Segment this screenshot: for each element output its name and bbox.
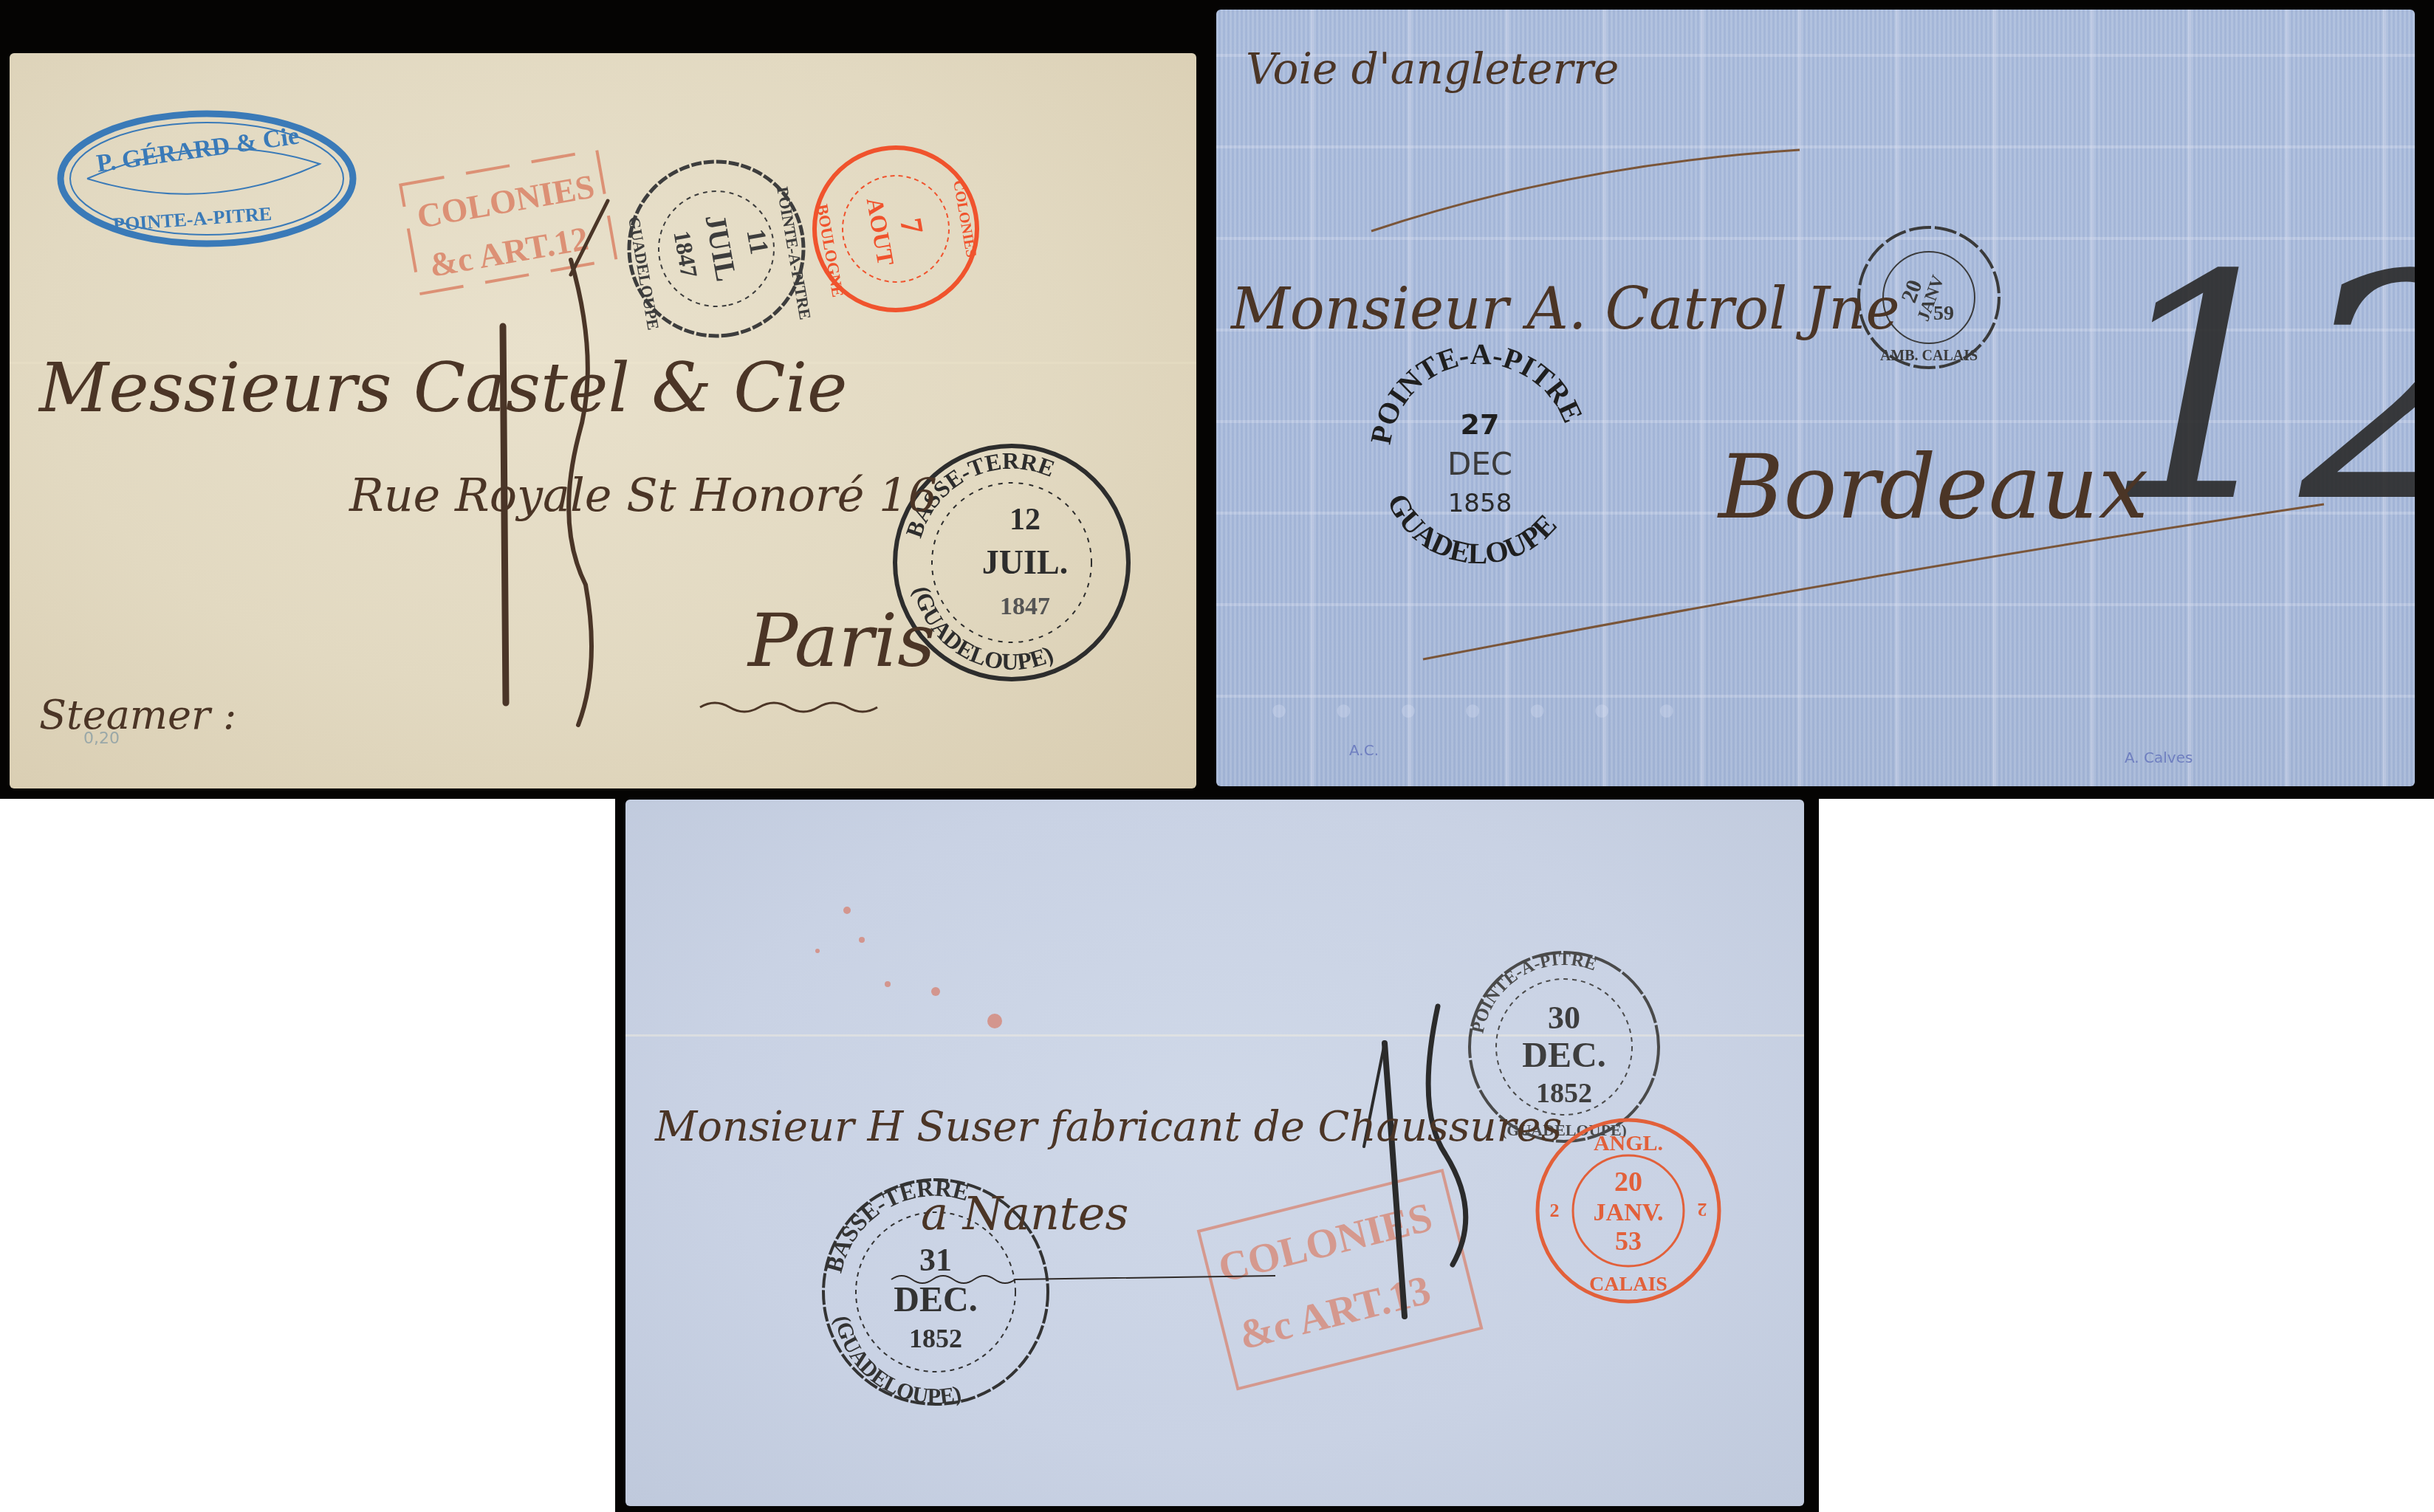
foxing-spots bbox=[815, 907, 1002, 1028]
pencil-note: 0,20 bbox=[83, 729, 120, 748]
paper-watermark: · · · · · · · bbox=[1261, 650, 1685, 772]
tax-mark-15 bbox=[503, 201, 608, 725]
svg-text:JUIL.: JUIL. bbox=[982, 543, 1068, 581]
svg-text:1847: 1847 bbox=[1000, 593, 1050, 620]
svg-text:AOUT: AOUT bbox=[862, 196, 900, 267]
colonies-boxed-mark: COLONIES &c ART.12 bbox=[400, 151, 616, 295]
svg-text:· · · · · · ·: · · · · · · · bbox=[1261, 650, 1685, 772]
cover-1847-markings: P. GÉRARD & Cie POINTE-A-PITRE COLONIES … bbox=[10, 53, 1196, 788]
svg-text:11: 11 bbox=[741, 227, 774, 256]
company-cachet-line2: POINTE-A-PITRE bbox=[112, 203, 272, 236]
colonies-boxed-mark: COLONIES &c ART.13 bbox=[1199, 1170, 1481, 1389]
svg-text:DEC.: DEC. bbox=[1522, 1036, 1605, 1075]
pencil-note: A. Calves bbox=[2125, 749, 2193, 766]
svg-text:7: 7 bbox=[893, 216, 929, 237]
svg-text:POINTE-A-PITRE: POINTE-A-PITRE bbox=[773, 185, 815, 321]
address-line1: Monsieur H Suser fabricant de Chaussures bbox=[654, 1103, 1562, 1151]
svg-text:59: 59 bbox=[1933, 302, 1954, 325]
underline-flourish bbox=[700, 703, 877, 712]
address-line3: Paris bbox=[747, 597, 936, 684]
address-line2: Rue Royale St Honoré 16 bbox=[349, 468, 937, 522]
address-line2: Bordeaux bbox=[1717, 436, 2148, 539]
svg-text:27: 27 bbox=[1461, 408, 1500, 441]
cover-1858-markings: · · · · · · · Voie d'angleterre 12 20 JA… bbox=[1216, 10, 2415, 786]
svg-text:2: 2 bbox=[1698, 1199, 1707, 1220]
svg-text:JUIL: JUIL bbox=[699, 212, 743, 284]
svg-text:AMB. CALAIS: AMB. CALAIS bbox=[1880, 348, 1978, 364]
cover-1858: · · · · · · · Voie d'angleterre 12 20 JA… bbox=[1216, 10, 2415, 786]
svg-text:1852: 1852 bbox=[909, 1324, 962, 1353]
svg-text:2: 2 bbox=[1550, 1200, 1560, 1221]
svg-text:1858: 1858 bbox=[1448, 489, 1512, 518]
cover-1852-markings: COLONIES &c ART.13 POINTE-A-PITRE 30 DEC… bbox=[625, 800, 1804, 1506]
address-line1: Monsieur A. Catrol Jne bbox=[1230, 276, 1900, 343]
svg-text:DEC.: DEC. bbox=[894, 1280, 977, 1319]
company-cachet-line1: P. GÉRARD & Cie bbox=[95, 123, 301, 178]
svg-text:ANGL.: ANGL. bbox=[1594, 1131, 1663, 1155]
svg-text:30: 30 bbox=[1548, 1000, 1580, 1036]
routing-underline bbox=[1371, 150, 1800, 231]
svg-text:CALAIS: CALAIS bbox=[1589, 1273, 1667, 1296]
address-line1: Messieurs Castel & Cie bbox=[38, 348, 848, 427]
cds-pointe-a-pitre-1858: POINTE-A-PITRE GUADELOUPE 27 DEC 1858 bbox=[1364, 337, 1590, 570]
cds-boulogne-aout: 7 AOUT COLONIES BOULOGNE bbox=[802, 135, 990, 323]
svg-text:1847: 1847 bbox=[668, 229, 703, 280]
address-line2: a Nantes bbox=[921, 1186, 1128, 1240]
svg-text:20: 20 bbox=[1614, 1166, 1642, 1197]
svg-text:GUADELOUPE: GUADELOUPE bbox=[625, 216, 663, 331]
cds-angl-calais-1853: ANGL. 20 JANV. 53 CALAIS 2 2 bbox=[1537, 1120, 1719, 1302]
svg-text:31: 31 bbox=[919, 1242, 952, 1278]
cover-1852: COLONIES &c ART.13 POINTE-A-PITRE 30 DEC… bbox=[625, 800, 1804, 1506]
pencil-note-left: A.C. bbox=[1349, 741, 1379, 759]
svg-text:JANV.: JANV. bbox=[1594, 1199, 1664, 1226]
mount-background-right-edge bbox=[2415, 0, 2434, 799]
svg-text:53: 53 bbox=[1615, 1226, 1642, 1256]
routing-note: Steamer : bbox=[39, 692, 236, 738]
tax-mark-12: 12 bbox=[2102, 210, 2415, 571]
svg-text:12: 12 bbox=[1009, 503, 1041, 537]
cds-pointe-a-pitre-1847: 11 JUIL 1847 POINTE-A-PITRE GUADELOUPE bbox=[615, 148, 817, 349]
cover-1847: P. GÉRARD & Cie POINTE-A-PITRE COLONIES … bbox=[10, 53, 1196, 788]
svg-text:DEC: DEC bbox=[1447, 446, 1512, 482]
routing-note: Voie d'angleterre bbox=[1246, 44, 1619, 94]
